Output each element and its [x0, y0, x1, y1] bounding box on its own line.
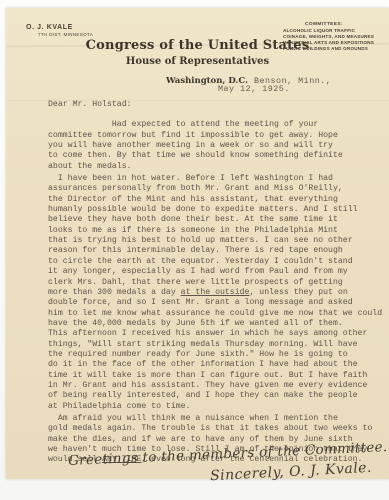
sender-name: O. J. KVALE — [26, 24, 93, 31]
paragraph-text: , unless they put on double force, and s… — [48, 288, 382, 411]
scan-background: O. J. KVALE 7TH DIST. MINNESOTA Congress… — [0, 0, 389, 500]
dateline-date: May 12, 1925. — [218, 84, 290, 94]
committee-list: ALCOHOLIC LIQUOR TRAFFICCOINAGE, WEIGHTS… — [283, 28, 385, 52]
committees-block: COMMITTEES: ALCOHOLIC LIQUOR TRAFFICCOIN… — [283, 22, 385, 52]
sender-block: O. J. KVALE 7TH DIST. MINNESOTA — [26, 24, 93, 37]
sender-district: 7TH DIST. MINNESOTA — [38, 32, 93, 37]
paragraph: Had expected to attend the meeting of yo… — [48, 120, 389, 172]
paragraph: I have been in hot water. Before I left … — [48, 174, 389, 412]
committees-label: COMMITTEES: — [305, 22, 385, 27]
paragraph-text: Had expected to attend the meeting of yo… — [48, 120, 343, 170]
committee-item: PUBLIC BUILDINGS AND GROUNDS — [283, 46, 385, 52]
underlined-phrase: at the outside — [181, 288, 250, 297]
paragraph-text: I have been in hot water. Before I left … — [48, 174, 358, 297]
letter-body: Had expected to attend the meeting of yo… — [48, 120, 389, 465]
salutation: Dear Mr. Holstad: — [48, 100, 389, 110]
letter-body-wrap: Dear Mr. Holstad: Had expected to attend… — [48, 100, 389, 468]
letter-paper: O. J. KVALE 7TH DIST. MINNESOTA Congress… — [6, 8, 389, 479]
letterhead-subtitle: House of Representatives — [126, 56, 269, 67]
letterhead-title: Congress of the United States — [86, 38, 310, 53]
